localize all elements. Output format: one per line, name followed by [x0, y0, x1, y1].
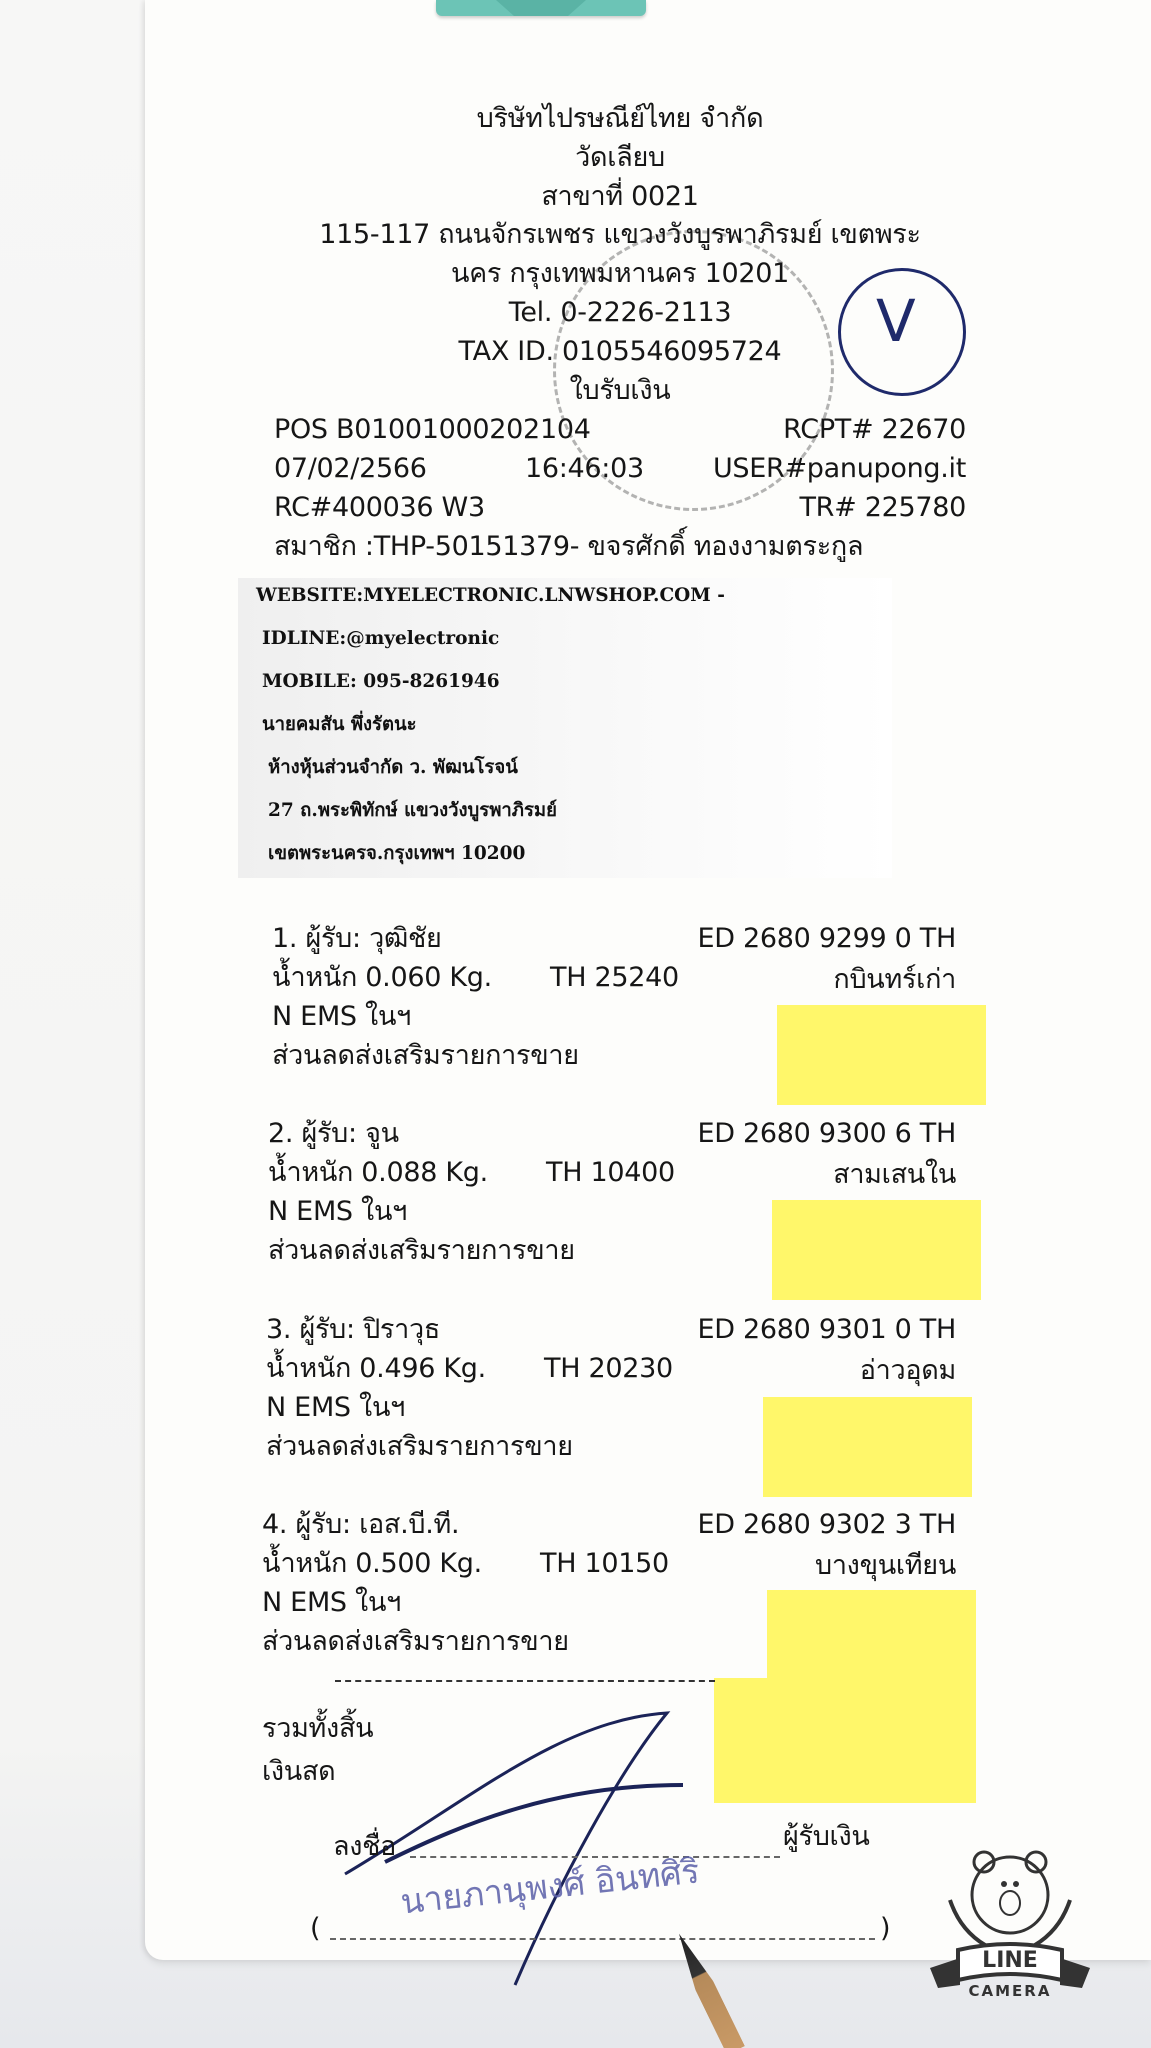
receiver-label: ผู้รับเงิน	[783, 1820, 870, 1854]
watermark-camera-text: CAMERA	[920, 1982, 1100, 2000]
bear-logo-icon	[920, 1840, 1100, 2005]
line-camera-watermark: LINE CAMERA	[920, 1840, 1100, 2005]
name-open-paren: (	[310, 1912, 320, 1946]
signature-scribble	[0, 0, 1151, 2048]
signature-line	[410, 1856, 780, 1858]
signature-label: ลงชื่อ	[333, 1830, 396, 1864]
name-close-paren: )	[880, 1912, 890, 1946]
watermark-line-text: LINE	[920, 1948, 1100, 1973]
name-line	[330, 1938, 875, 1940]
